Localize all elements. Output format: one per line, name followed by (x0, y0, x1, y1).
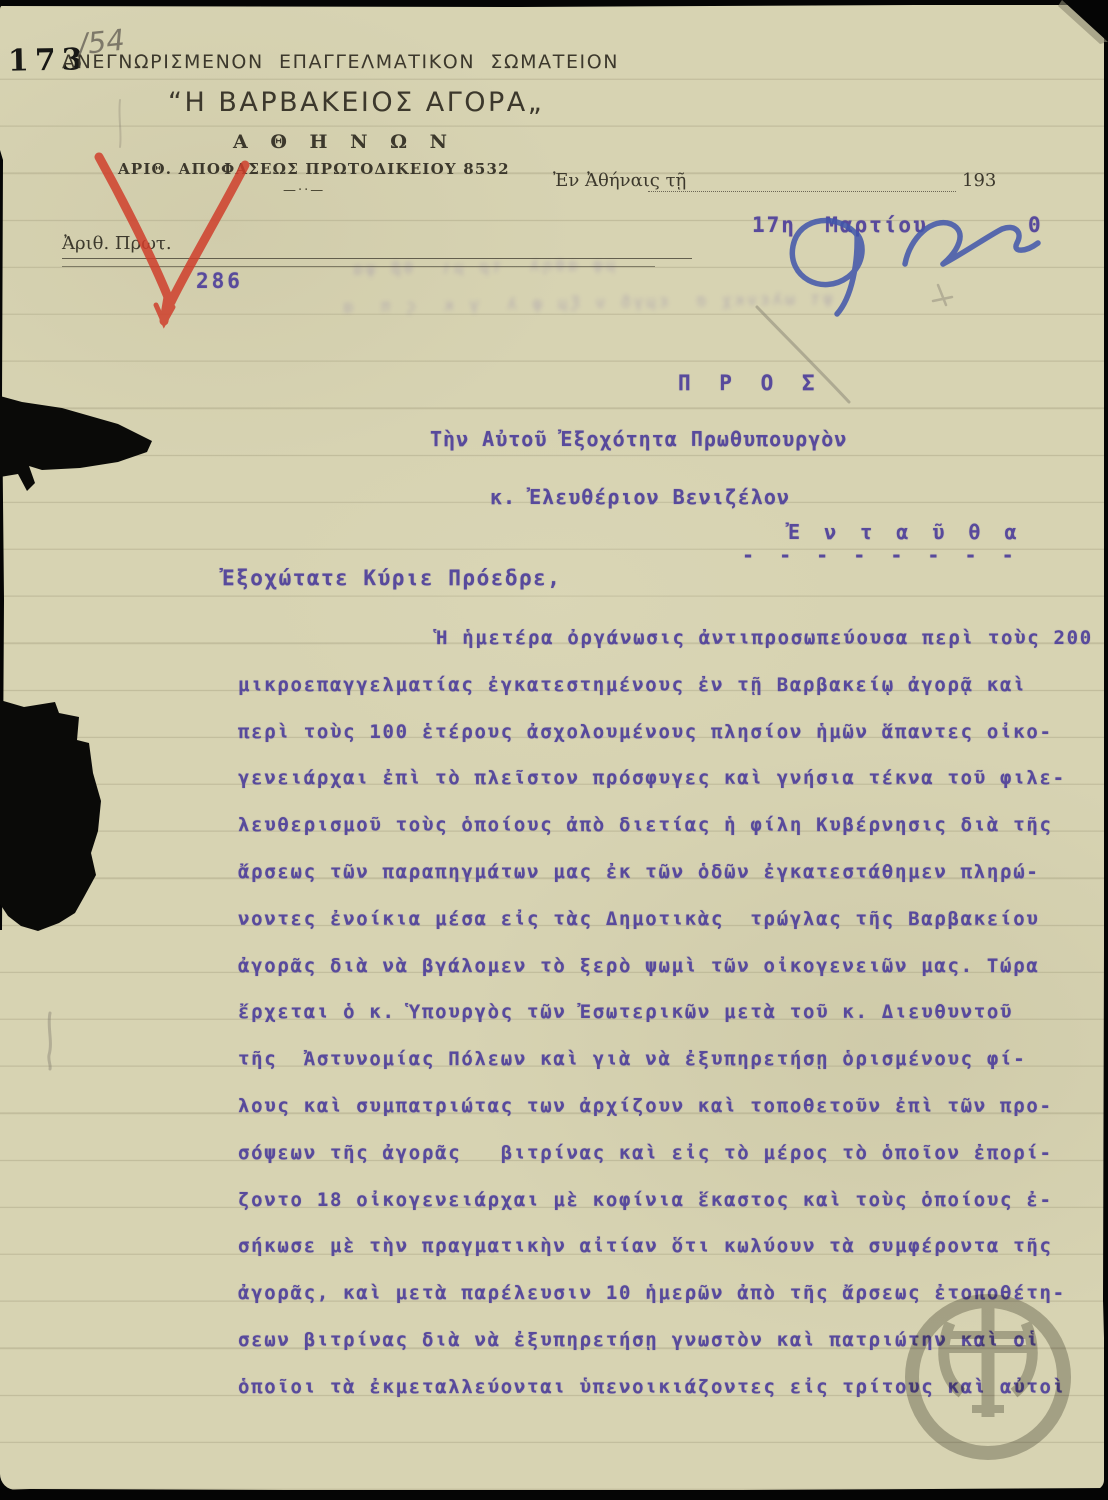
paper-sheet: 173 /54 ΑΝΕΓΝΩΡΙΣΜΕΝΟΝ ΕΠΑΓΓΕΛΜΑΤΙΚΟΝ ΣΩ… (0, 5, 1104, 1490)
body-line: σεων βιτρίνας διὰ νὰ ἐξυπηρετήσῃ γνωστὸν… (238, 1317, 1088, 1364)
dateline-typed-date: 17η Μαρτίου (752, 213, 928, 237)
body-line: ἀγορᾶς, καὶ μετὰ παρέλευσιν 10 ἡμερῶν ἀπ… (238, 1270, 1088, 1317)
ink-offset-ghost-line2: ψτ ωλενκχ σ εμγδ ν ξμ φ λ γ κ ς π α (340, 289, 833, 317)
body-line: ἔρχεται ὁ κ. Ὑπουργὸς τῶν Ἐσωτερικῶν μετ… (238, 989, 1088, 1036)
protocol-typed-number: 286 (196, 269, 243, 293)
scanned-letter-page: 173 /54 ΑΝΕΓΝΩΡΙΣΜΕΝΟΝ ΕΠΑΓΓΕΛΜΑΤΙΚΟΝ ΣΩ… (0, 0, 1108, 1500)
letterhead-title: “Η ΒΑΡΒΑΚΕΙΟΣ ΑΓΟΡΑ„ (168, 87, 544, 118)
dateline-printed-year: 193 (962, 170, 996, 191)
letterhead-divider-ornament: —··— (283, 183, 325, 198)
body-line: σόψεων τῆς ἀγορᾶς βιτρίνας καὶ εἰς τὸ μέ… (238, 1130, 1088, 1177)
dateline-printed-prefix: Ἐν Ἀθήναις τῇ (553, 170, 686, 191)
body-line: λους καὶ συμπατριώτας των ἀρχίζουν καὶ τ… (238, 1083, 1088, 1130)
body-line: περὶ τοὺς 100 ἑτέρους ἀσχολουμένους πλησ… (238, 709, 1088, 756)
body-line: Ἡ ἡμετέρα ὀργάνωσις ἀντιπροσωπεύουσα περ… (238, 615, 1088, 662)
body-line: λευθερισμοῦ τοὺς ὁποίους ἀπὸ διετίας ἡ φ… (238, 802, 1088, 849)
body-line: τῆς Ἀστυνομίας Πόλεων καὶ γιὰ νὰ ἐξυπηρε… (238, 1036, 1088, 1083)
letter-body: Ἡ ἡμετέρα ὀργάνωσις ἀντιπροσωπεύουσα περ… (238, 615, 1088, 1411)
salutation: Ἐξοχώτατε Κύριε Πρόεδρε, (222, 566, 561, 590)
recipient-entautha-underline: - - - - - - - - (742, 543, 1020, 567)
protocol-underline-2 (62, 266, 655, 267)
letterhead-association-line: ΑΝΕΓΝΩΡΙΣΜΕΝΟΝ ΕΠΑΓΓΕΛΜΑΤΙΚΟΝ ΣΩΜΑΤΕΙΟΝ (62, 51, 619, 73)
body-line: γενειάρχαι ἐπὶ τὸ πλεῖστον πρόσφυγες καὶ… (238, 755, 1088, 802)
body-line: ἀγορᾶς διὰ νὰ βγάλομεν τὸ ξερὸ ψωμὶ τῶν … (238, 943, 1088, 990)
protocol-label: Ἀριθ. Πρωτ. (62, 233, 172, 254)
letterhead-court-decision: ΑΡΙΘ. ΑΠΟΦΑΣΕΩΣ ΠΡΩΤΟΔΙΚΕΙΟΥ 8532 (118, 160, 510, 178)
dateline-dotted-rule (648, 191, 956, 192)
body-line: ἄρσεως τῶν παραπηγμάτων μας ἐκ τῶν ὁδῶν … (238, 849, 1088, 896)
letterhead-city: Α Θ Η Ν Ω Ν (233, 131, 455, 153)
body-line: σήκωσε μὲ τὴν πραγματικὴν αἰτίαν ὅτι κωλ… (238, 1223, 1088, 1270)
recipient-line-entautha: Ἐ ν τ α ῦ θ α (788, 520, 1023, 544)
recipient-heading: Π Ρ Ο Σ (678, 371, 823, 395)
protocol-underline-1 (62, 258, 692, 259)
dateline-typed-year-digit: 0 (1028, 213, 1041, 237)
recipient-line-venizelos: κ. Ἐλευθέριον Βενιζέλον (490, 485, 790, 509)
body-line: ὁποῖοι τὰ ἐκμεταλλεύονται ὑπενοικιάζοντε… (238, 1364, 1088, 1411)
body-line: μικροεπαγγελματίας ἐγκατεστημένους ἐν τῇ… (238, 662, 1088, 709)
recipient-line-excellency: Τὴν Αὐτοῦ Ἐξοχότητα Πρωθυπουργὸν (430, 427, 847, 451)
body-line: νοντες ἐνοίκια μέσα εἰς τὰς Δημοτικὰς τρ… (238, 896, 1088, 943)
body-line: ζοντο 18 οἰκογενειάρχαι μὲ κοφίνια ἕκαστ… (238, 1177, 1088, 1224)
